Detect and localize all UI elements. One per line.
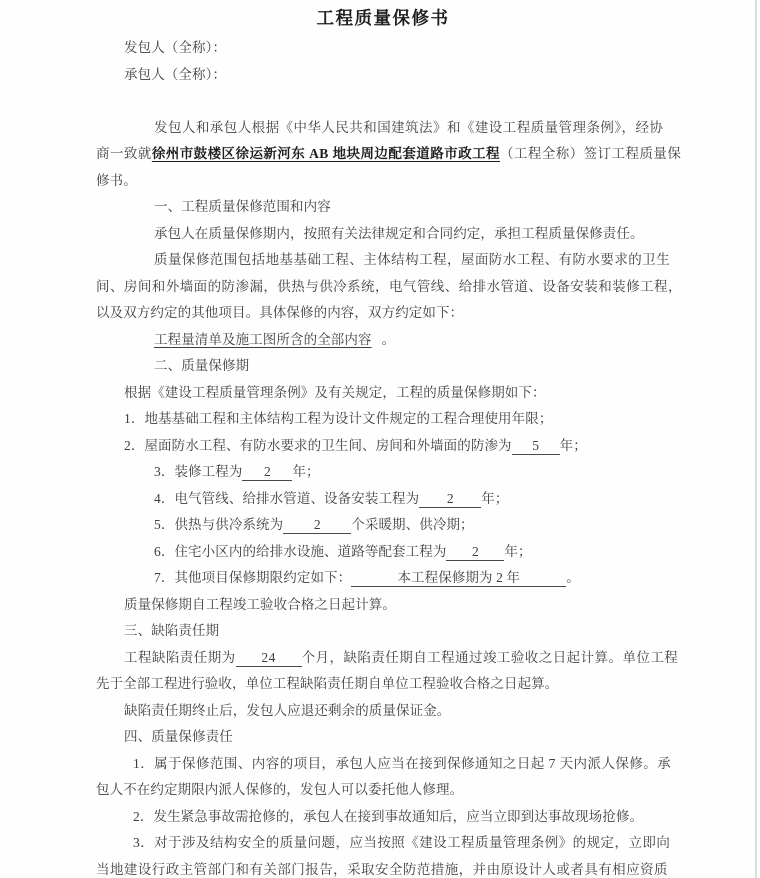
document-line: 当地建设行政主管部门和有关部门报告，采取安全防范措施，并由原设计人或者具有相应资… (96, 857, 670, 878)
document-line: 先于全部工程进行验收，单位工程缺陷责任期自单位工程验收合格之日起算。 (96, 671, 670, 698)
document-line: 商一致就徐州市鼓楼区徐运新河东 AB 地块周边配套道路市政工程（工程全称）签订工… (96, 141, 670, 168)
text-segment: 年； (481, 491, 508, 506)
document-line: 一、工程质量保修范围和内容 (154, 194, 670, 221)
document-line: 质量保修期自工程竣工验收合格之日起计算。 (124, 592, 670, 619)
text-segment: 商一致就 (96, 146, 152, 161)
text-segment: 发包人（全称）： (124, 40, 226, 55)
text-segment: 以及双方约定的其他项目。具体保修的内容，双方约定如下： (96, 305, 463, 320)
document-line: 发包人（全称）： (124, 35, 670, 62)
document-line: 5．供热与供冷系统为2个采暖期、供冷期； (154, 512, 670, 539)
text-segment: （工程全称）签订工程质量保 (500, 146, 681, 161)
document-line: 1．属于保修范围、内容的项目，承包人应当在接到保修通知之日起 7 天内派人保修。… (133, 751, 670, 778)
document-line: 2．屋面防水工程、有防水要求的卫生间、房间和外墙面的防渗为5年； (124, 433, 670, 460)
text-segment: 3．装修工程为 (154, 464, 242, 479)
text-segment: 2．屋面防水工程、有防水要求的卫生间、房间和外墙面的防渗为 (124, 438, 512, 453)
text-segment: 6．住宅小区内的给排水设施、道路等配套工程为 (154, 544, 446, 559)
blank-field: 本工程保修期为 2 年 (351, 569, 566, 587)
document-line: 发包人和承包人根据《中华人民共和国建筑法》和《建设工程质量管理条例》，经协 (154, 115, 670, 142)
text-segment: 根据《建设工程质量管理条例》及有关规定，工程的质量保修期如下： (124, 385, 546, 400)
text-segment: 缺陷责任期终止后，发包人应退还剩余的质量保证金。 (124, 703, 450, 718)
document-line: 工程量清单及施工图所含的全部内容。 (154, 327, 670, 354)
text-segment: 徐州市鼓楼区徐运新河东 AB 地块周边配套道路市政工程 (152, 146, 500, 161)
document-page: 工程质量保修书 发包人（全称）：承包人（全称）：发包人和承包人根据《中华人民共和… (0, 0, 760, 878)
page-edge-line (755, 0, 757, 878)
document-line: 包人不在约定期限内派人保修的，发包人可以委托他人修理。 (96, 777, 670, 804)
text-segment: 二、质量保修期 (154, 358, 249, 373)
text-segment: 质量保修期自工程竣工验收合格之日起计算。 (124, 597, 396, 612)
document-lines: 发包人（全称）：承包人（全称）：发包人和承包人根据《中华人民共和国建筑法》和《建… (96, 35, 670, 878)
document-line: 以及双方约定的其他项目。具体保修的内容，双方约定如下： (96, 300, 670, 327)
document-line: 三、缺陷责任期 (124, 618, 670, 645)
text-segment: 承包人在质量保修期内，按照有关法律规定和合同约定，承担工程质量保修责任。 (154, 226, 644, 241)
document-line: 修书。 (96, 168, 670, 195)
text-segment: 4．电气管线、给排水管道、设备安装工程为 (154, 491, 419, 506)
text-segment: 修书。 (96, 173, 137, 188)
document-line: 1．地基基础工程和主体结构工程为设计文件规定的工程合理使用年限； (124, 406, 670, 433)
text-segment: 年； (292, 464, 319, 479)
document-line: 3．装修工程为2年； (154, 459, 670, 486)
document-line: 质量保修范围包括地基基础工程、主体结构工程，屋面防水工程、有防水要求的卫生 (154, 247, 670, 274)
blank-field: 2 (446, 543, 504, 561)
text-segment: 7．其他项目保修期限约定如下： (154, 570, 351, 585)
blank-field: 2 (419, 490, 481, 508)
text-segment: 当地建设行政主管部门和有关部门报告，采取安全防范措施，并由原设计人或者具有相应资… (96, 862, 668, 877)
document-title: 工程质量保修书 (96, 6, 670, 30)
text-segment: 工程缺陷责任期为 (124, 650, 236, 665)
document-line: 承包人在质量保修期内，按照有关法律规定和合同约定，承担工程质量保修责任。 (154, 221, 670, 248)
document-line: 6．住宅小区内的给排水设施、道路等配套工程为2年； (154, 539, 670, 566)
text-segment: 质量保修范围包括地基基础工程、主体结构工程，屋面防水工程、有防水要求的卫生 (154, 252, 670, 267)
document-line: 缺陷责任期终止后，发包人应退还剩余的质量保证金。 (124, 698, 670, 725)
text-segment: 工程量清单及施工图所含的全部内容 (154, 332, 382, 347)
document-line: 四、质量保修责任 (124, 724, 670, 751)
blank-field: 5 (512, 437, 560, 455)
text-segment: 三、缺陷责任期 (124, 623, 219, 638)
document-line (96, 88, 670, 115)
document-line: 7．其他项目保修期限约定如下：本工程保修期为 2 年。 (154, 565, 670, 592)
document-line: 2．发生紧急事故需抢修的，承包人在接到事故通知后，应当立即到达事故现场抢修。 (133, 804, 670, 831)
text-segment: 。 (382, 332, 396, 347)
document-content: 工程质量保修书 发包人（全称）：承包人（全称）：发包人和承包人根据《中华人民共和… (0, 0, 760, 878)
document-line: 二、质量保修期 (154, 353, 670, 380)
text-segment: 先于全部工程进行验收，单位工程缺陷责任期自单位工程验收合格之日起算。 (96, 676, 558, 691)
document-line: 根据《建设工程质量管理条例》及有关规定，工程的质量保修期如下： (124, 380, 670, 407)
text-segment: 5．供热与供冷系统为 (154, 517, 283, 532)
blank-field: 2 (283, 516, 351, 534)
text-segment: 间、房间和外墙面的防渗漏，供热与供冷系统，电气管线、给排水管道、设备安装和装修工… (96, 279, 682, 294)
text-segment: 包人不在约定期限内派人保修的，发包人可以委托他人修理。 (96, 782, 463, 797)
text-segment: 一、工程质量保修范围和内容 (154, 199, 331, 214)
text-segment: 1．地基基础工程和主体结构工程为设计文件规定的工程合理使用年限； (124, 411, 552, 426)
text-segment: 。 (566, 570, 580, 585)
text-segment: 承包人（全称）： (124, 67, 226, 82)
text-segment: 1．属于保修范围、内容的项目，承包人应当在接到保修通知之日起 7 天内派人保修。… (133, 756, 671, 771)
document-line: 工程缺陷责任期为24个月，缺陷责任期自工程通过竣工验收之日起计算。单位工程 (124, 645, 670, 672)
text-segment: 个月，缺陷责任期自工程通过竣工验收之日起计算。单位工程 (302, 650, 679, 665)
document-line: 4．电气管线、给排水管道、设备安装工程为2年； (154, 486, 670, 513)
blank-field: 2 (242, 463, 292, 481)
blank-field: 24 (236, 649, 302, 667)
text-segment: 3．对于涉及结构安全的质量问题，应当按照《建设工程质量管理条例》的规定，立即向 (133, 835, 670, 850)
text-segment: 四、质量保修责任 (124, 729, 233, 744)
document-line: 承包人（全称）： (124, 62, 670, 89)
document-line: 间、房间和外墙面的防渗漏，供热与供冷系统，电气管线、给排水管道、设备安装和装修工… (96, 274, 670, 301)
text-segment: 年； (560, 438, 587, 453)
text-segment: 发包人和承包人根据《中华人民共和国建筑法》和《建设工程质量管理条例》，经协 (154, 120, 663, 135)
document-line: 3．对于涉及结构安全的质量问题，应当按照《建设工程质量管理条例》的规定，立即向 (133, 830, 670, 857)
text-segment: 年； (504, 544, 531, 559)
text-segment: 2．发生紧急事故需抢修的，承包人在接到事故通知后，应当立即到达事故现场抢修。 (133, 809, 643, 824)
text-segment: 个采暖期、供冷期； (351, 517, 473, 532)
